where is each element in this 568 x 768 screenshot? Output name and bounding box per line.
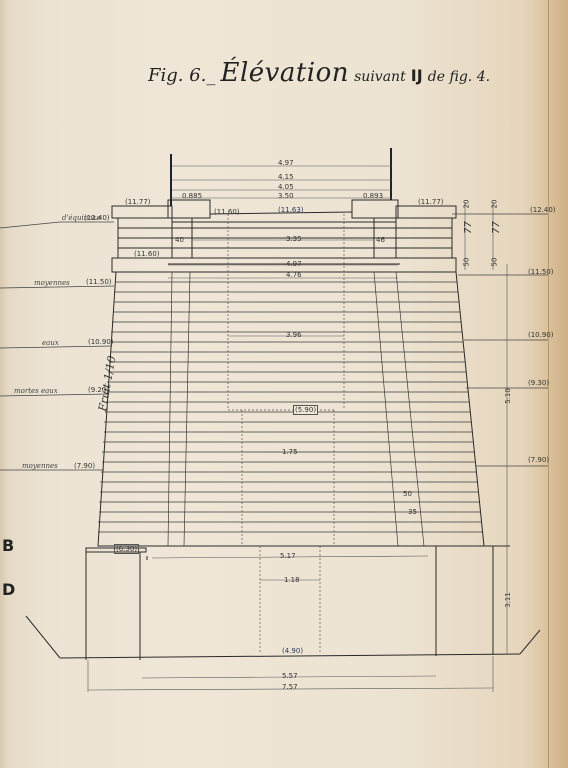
dim-50: 50 bbox=[403, 490, 412, 498]
dim-335: 3.35 bbox=[286, 235, 302, 243]
dim-r50a: 50 bbox=[462, 258, 470, 267]
elev-bottom: (4.90) bbox=[282, 647, 303, 655]
elev-cap-left: (11.77) bbox=[125, 198, 151, 206]
water-level-label-4: mortes eaux bbox=[14, 387, 58, 395]
dim-557: 5.57 bbox=[282, 672, 298, 680]
elev-footing-left: (6.30) bbox=[114, 544, 139, 554]
dim-396: 3.96 bbox=[286, 331, 302, 339]
cap-left bbox=[112, 206, 172, 218]
elev-inner: (5.90) bbox=[293, 405, 318, 415]
elev-cornice: (11.60) bbox=[134, 250, 160, 258]
dim-757: 7.57 bbox=[282, 683, 298, 691]
dim-476: 4.76 bbox=[286, 271, 302, 279]
dim-top-3: 4.05 bbox=[278, 183, 294, 191]
cap-right bbox=[396, 206, 456, 218]
dim-46: 46 bbox=[376, 236, 385, 244]
dim-35: 35 bbox=[408, 508, 417, 516]
water-level-label-2: moyennes bbox=[34, 279, 70, 287]
water-level-label-3: eaux bbox=[42, 339, 59, 347]
dim-40: 40 bbox=[175, 236, 184, 244]
water-level-label-5: moyennes bbox=[22, 462, 58, 470]
dim-h311: 3.11 bbox=[504, 592, 512, 608]
elev-deck-left: (11.60) bbox=[214, 208, 240, 216]
dim-r20b: 20 bbox=[490, 200, 498, 209]
dim-top-4: 3.50 bbox=[278, 192, 294, 200]
dim-h510: 5.10 bbox=[504, 388, 512, 404]
water-level-value-5: (7.90) bbox=[74, 462, 95, 470]
water-level-value-3: (10.90) bbox=[88, 338, 114, 346]
elev-right-basses: (9.30) bbox=[528, 379, 549, 387]
side-letter-d: D bbox=[2, 580, 15, 599]
elev-right-low: (7.90) bbox=[528, 456, 549, 464]
dim-r77b: 77 bbox=[491, 221, 502, 234]
elev-right-top: (12.40) bbox=[530, 206, 556, 214]
water-level-value-1: (12.40) bbox=[84, 214, 110, 222]
dim-r77a: 77 bbox=[463, 221, 474, 234]
dim-right-offset: 0.893 bbox=[363, 192, 383, 200]
dim-left-offset: 0.885 bbox=[182, 192, 202, 200]
elev-cap-right: (11.77) bbox=[418, 198, 444, 206]
water-level-value-2: (11.50) bbox=[86, 278, 112, 286]
dim-r50b: 50 bbox=[490, 258, 498, 267]
dim-497: 4.97 bbox=[286, 260, 302, 268]
dim-top-1: 4.97 bbox=[278, 159, 294, 167]
dim-top-2: 4.15 bbox=[278, 173, 294, 181]
elev-right-mid: (11.50) bbox=[528, 268, 554, 276]
side-letter-b: B bbox=[2, 536, 14, 555]
dim-118: 1.18 bbox=[284, 576, 300, 584]
elev-right-eaux: (10.90) bbox=[528, 331, 554, 339]
dim-r20a: 20 bbox=[462, 200, 470, 209]
elev-deck-mid: (11.63) bbox=[278, 206, 304, 214]
dim-517: 5.17 bbox=[280, 552, 296, 560]
dim-175: 1.75 bbox=[282, 448, 298, 456]
